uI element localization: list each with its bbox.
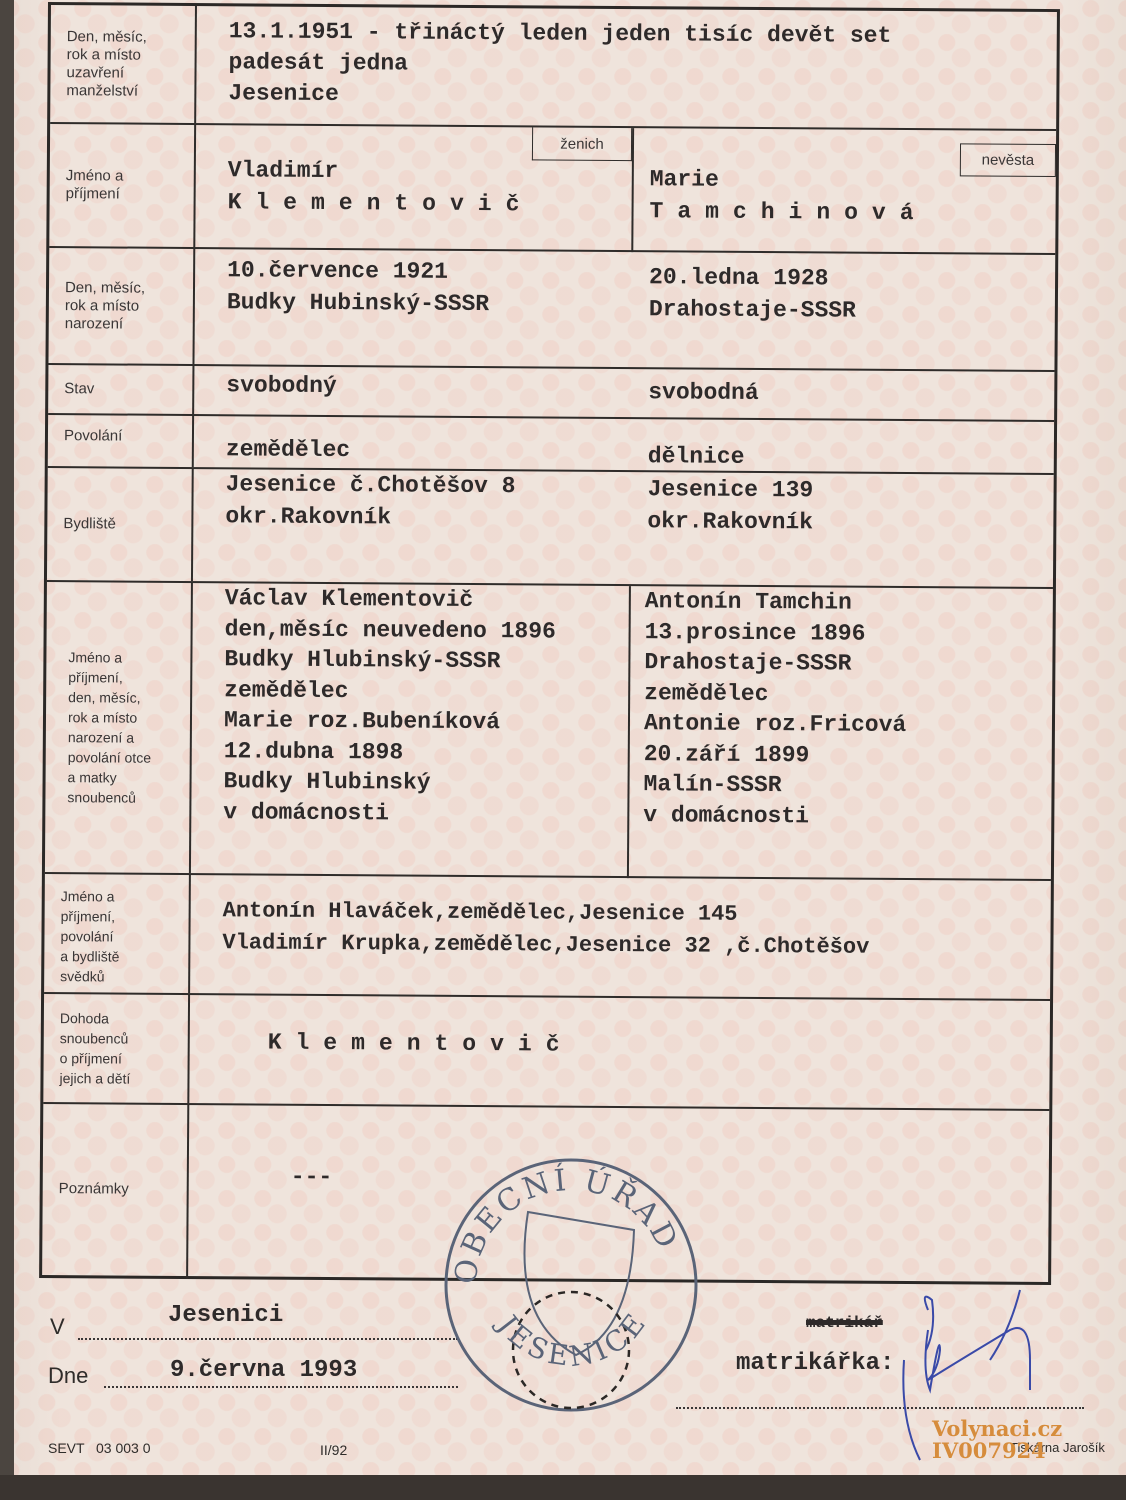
official-stamp-icon: OBECNÍ ÚŘAD JESENICE <box>436 1150 706 1420</box>
bride-surname: Tamchinová <box>649 196 927 229</box>
label-name: Jméno a příjmení <box>49 124 196 247</box>
label-occupation: Povolání <box>48 415 194 467</box>
parent-info-line: Antonie roz.Fricová <box>644 708 906 741</box>
marriage-place: Jesenice <box>228 78 339 110</box>
record-form: Den, měsíc, rok a místo uzavření manžels… <box>39 2 1060 1285</box>
groom-status: svobodný <box>226 370 337 402</box>
groom-occupation: zemědělec <box>226 434 350 466</box>
parent-info-line: zemědělec <box>644 678 768 710</box>
label-surname-agreement: Dohoda snoubenců o příjmení jejich a dět… <box>43 994 190 1103</box>
groom-surname: Klementovič <box>227 187 533 220</box>
parent-info-line: den,měsíc neuvedeno 1896 <box>225 614 556 647</box>
label-residence: Bydliště <box>47 468 194 581</box>
groom-residence-line2: okr.Rakovník <box>225 501 391 533</box>
parent-info-line: Malín-SSSR <box>643 769 781 801</box>
groom-residence-line1: Jesenice č.Chotěšov 8 <box>226 469 516 502</box>
stamp-top-text: OBECNÍ ÚŘAD <box>448 1162 685 1286</box>
label-parents: Jméno a příjmení, den, měsíc, rok a míst… <box>45 582 193 873</box>
witness-2: Vladimír Krupka,zemědělec,Jesenice 32 ,č… <box>222 927 869 963</box>
row-marriage: Den, měsíc, rok a místo uzavření manžels… <box>50 5 1057 129</box>
parent-info-line: 12.dubna 1898 <box>224 736 404 768</box>
row-parents: Jméno a příjmení, den, měsíc, rok a míst… <box>45 580 1053 879</box>
row-name: Jméno a příjmení ženich nevěsta Vladimír… <box>49 122 1056 253</box>
column-divider <box>627 586 631 878</box>
place-dotted-line <box>78 1338 458 1340</box>
parent-info-line: Drahostaje-SSSR <box>644 647 851 679</box>
bride-occupation: dělnice <box>648 441 745 473</box>
bride-status: svobodná <box>648 377 759 409</box>
marriage-date-line1: 13.1.1951 - třináctý leden jeden tisíc d… <box>229 16 892 52</box>
parent-info-line: zemědělec <box>224 675 348 707</box>
watermark-line2: IV007924 <box>932 1440 1062 1462</box>
label-notes: Poznámky <box>42 1104 189 1279</box>
bride-residence-line1: Jesenice 139 <box>648 474 814 506</box>
place-value: Jesenici <box>168 1302 283 1329</box>
signer-role: matrikářka: <box>736 1350 894 1377</box>
groom-birth-date: 10.července 1921 <box>227 255 448 288</box>
date-label: Dne <box>48 1363 88 1389</box>
parent-info-line: Marie roz.Bubeníková <box>224 705 500 738</box>
marriage-date-line2: padesát jedna <box>228 47 408 79</box>
groom-birth-place: Budky Hubinský-SSSR <box>227 287 489 320</box>
parent-info-line: Antonín Tamchin <box>645 586 852 618</box>
bride-birth-date: 20.ledna 1928 <box>649 262 829 294</box>
background-edge <box>0 0 14 1475</box>
parent-info-line: Václav Klementovič <box>225 583 474 616</box>
struck-title: matrikář <box>806 1314 883 1332</box>
parent-info-line: 13.prosince 1896 <box>645 617 866 650</box>
label-birth: Den, měsíc, rok a místo narození <box>48 248 195 364</box>
parent-info-line: 20.září 1899 <box>644 739 810 771</box>
watermark-line1: Volynaci.cz <box>932 1418 1062 1440</box>
row-occupation: Povolání zemědělec dělnice <box>48 413 1054 473</box>
background-surface <box>0 1475 1126 1500</box>
form-code: SEVT 03 003 0 <box>48 1440 150 1456</box>
stamp-bottom-text: JESENICE <box>490 1305 655 1373</box>
bride-first-name: Marie <box>650 164 719 195</box>
parent-info-line: v domácnosti <box>223 797 389 829</box>
row-status: Stav svobodný svobodná <box>48 363 1054 420</box>
parent-info-line: v domácnosti <box>643 800 809 832</box>
parent-info-line: Budky Hlubinský-SSSR <box>224 644 500 677</box>
place-label: V <box>50 1314 65 1340</box>
date-value: 9.června 1993 <box>170 1357 357 1384</box>
label-witnesses: Jméno a příjmení, povolání a bydliště sv… <box>44 874 191 993</box>
witness-1: Antonín Hlaváček,zemědělec,Jesenice 145 <box>223 895 738 930</box>
agreed-surname: Klementovič <box>268 1028 574 1061</box>
row-birth: Den, měsíc, rok a místo narození 10.červ… <box>48 246 1055 370</box>
groom-tag: ženich <box>532 127 632 161</box>
bride-tag: nevěsta <box>960 143 1056 177</box>
bride-birth-place: Drahostaje-SSSR <box>649 294 856 326</box>
svg-text:JESENICE: JESENICE <box>490 1305 655 1373</box>
row-residence: Bydliště Jesenice č.Chotěšov 8 okr.Rakov… <box>47 466 1054 587</box>
svg-text:OBECNÍ ÚŘAD: OBECNÍ ÚŘAD <box>448 1162 685 1286</box>
label-marriage: Den, měsíc, rok a místo uzavření manžels… <box>50 5 197 123</box>
row-surname-agreement: Dohoda snoubenců o příjmení jejich a dět… <box>43 992 1050 1109</box>
notes-value: --- <box>291 1162 333 1193</box>
form-version: II/92 <box>320 1442 347 1458</box>
row-witnesses: Jméno a příjmení, povolání a bydliště sv… <box>44 872 1051 999</box>
bride-residence-line2: okr.Rakovník <box>647 506 813 538</box>
date-dotted-line <box>104 1386 458 1388</box>
groom-first-name: Vladimír <box>228 155 339 187</box>
parent-info-line: Budky Hlubinský <box>223 766 430 798</box>
watermark: Volynaci.cz IV007924 <box>932 1418 1062 1462</box>
label-status: Stav <box>48 365 194 414</box>
